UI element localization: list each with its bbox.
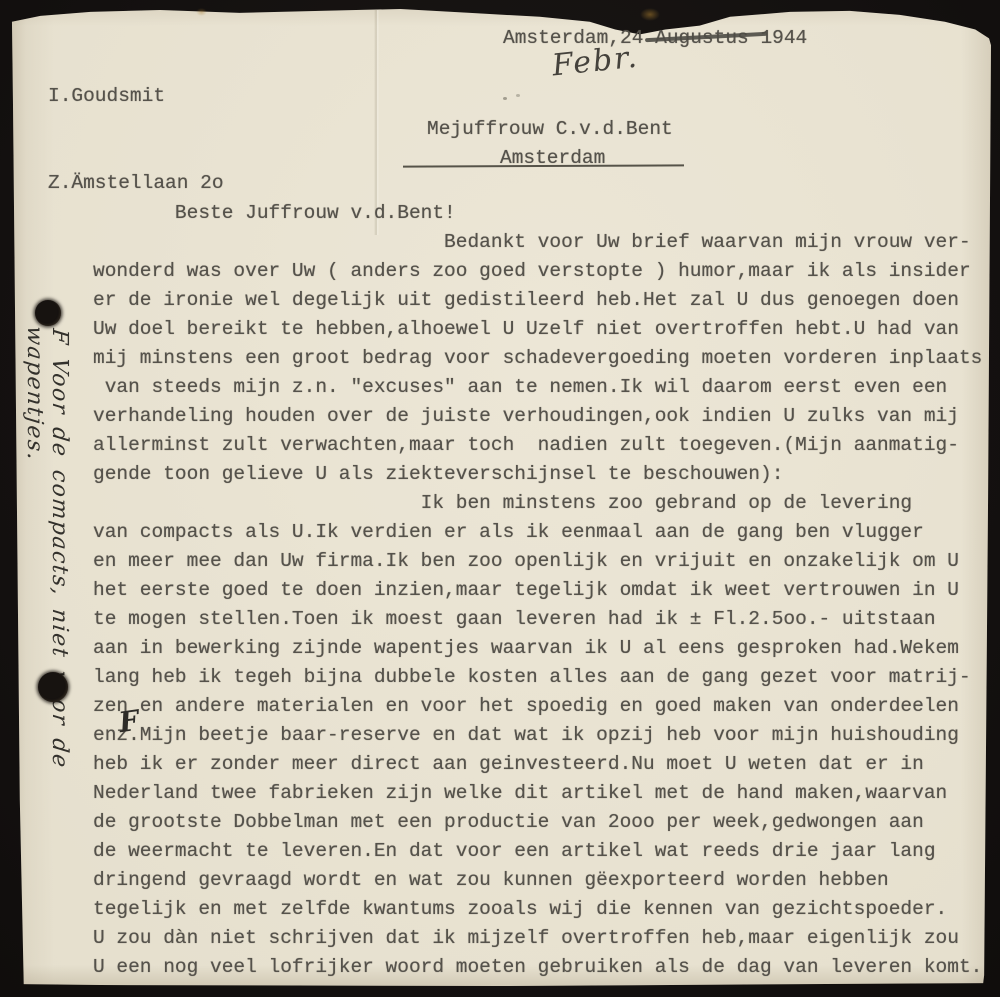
body-line: Uw doel bereikt te hebben,alhoewel U Uze… (93, 315, 982, 344)
sender-address: Z.Ämstellaan 2o (48, 169, 224, 198)
paper-speck (503, 97, 507, 100)
body-line: en meer mee dan Uw firma.Ik ben zoo open… (93, 547, 982, 576)
body-line: het eerste goed te doen inzien,maar tege… (93, 576, 982, 605)
body-line: tegelijk en met zelfde kwantums zooals w… (93, 895, 982, 924)
sender-name: I.Goudsmit (48, 82, 224, 111)
body-line: Ik ben minstens zoo gebrand op de leveri… (93, 489, 982, 518)
footnote-mark-f: F (117, 704, 141, 739)
dateline: Amsterdam,24 Augustus 1944 (503, 27, 807, 49)
paper-stain (196, 8, 207, 16)
body-line: er de ironie wel degelijk uit gedistilee… (93, 286, 982, 315)
body-line: Nederland twee fabrieken zijn welke dit … (93, 779, 982, 808)
body-line: U zou dàn niet schrijven dat ik mijzelf … (93, 924, 982, 953)
paper-stain (640, 8, 660, 21)
punch-hole-bottom (38, 672, 68, 702)
body-line: dringend gevraagd wordt en wat zou kunne… (93, 866, 982, 895)
body-line: van compacts als U.Ik verdien er als ik … (93, 518, 982, 547)
body-line: van steeds mijn z.n. "excuses" aan te ne… (93, 373, 982, 402)
body-line: gende toon gelieve U als ziekteverschijn… (93, 460, 982, 489)
body-line: de grootste Dobbelman met een productie … (93, 808, 982, 837)
dateline-year: 1944 (749, 27, 808, 49)
letter-photo: I.Goudsmit Z.Ämstellaan 2o Amsterdam,24 … (0, 0, 1000, 997)
body-line: U een nog veel lofrijker woord moeten ge… (93, 953, 982, 982)
body-line: de weermacht te leveren.En dat voor een … (93, 837, 982, 866)
letter-body: Beste Juffrouw v.d.Bent! Bedankt voor Uw… (93, 199, 982, 982)
body-line: Bedankt voor Uw brief waarvan mijn vrouw… (93, 228, 982, 257)
margin-note-handwritten: F Voor de compacts, niet voor de wapentj… (26, 325, 72, 842)
body-line: zen en andere materialen en voor het spo… (93, 692, 982, 721)
dateline-struck-month: Augustus (655, 27, 749, 49)
punch-hole-top (35, 300, 61, 326)
body-line: aan in bewerking zijnde wapentjes waarva… (93, 634, 982, 663)
body-line: mij minstens een groot bedrag voor schad… (93, 344, 982, 373)
body-line: allerminst zult verwachten,maar toch nad… (93, 431, 982, 460)
recipient-name: Mejuffrouw C.v.d.Bent (427, 118, 673, 140)
body-line: heb ik er zonder meer direct aan geinves… (93, 750, 982, 779)
body-line: Beste Juffrouw v.d.Bent! (93, 199, 982, 228)
body-line: enz.Mijn beetje baar-reserve en dat wat … (93, 721, 982, 750)
body-line: te mogen stellen.Toen ik moest gaan leve… (93, 605, 982, 634)
body-line: verhandeling houden over de juiste verho… (93, 402, 982, 431)
body-line: wonderd was over Uw ( anders zoo goed ve… (93, 257, 982, 286)
body-line: lang heb ik tegeh bijna dubbele kosten a… (93, 663, 982, 692)
